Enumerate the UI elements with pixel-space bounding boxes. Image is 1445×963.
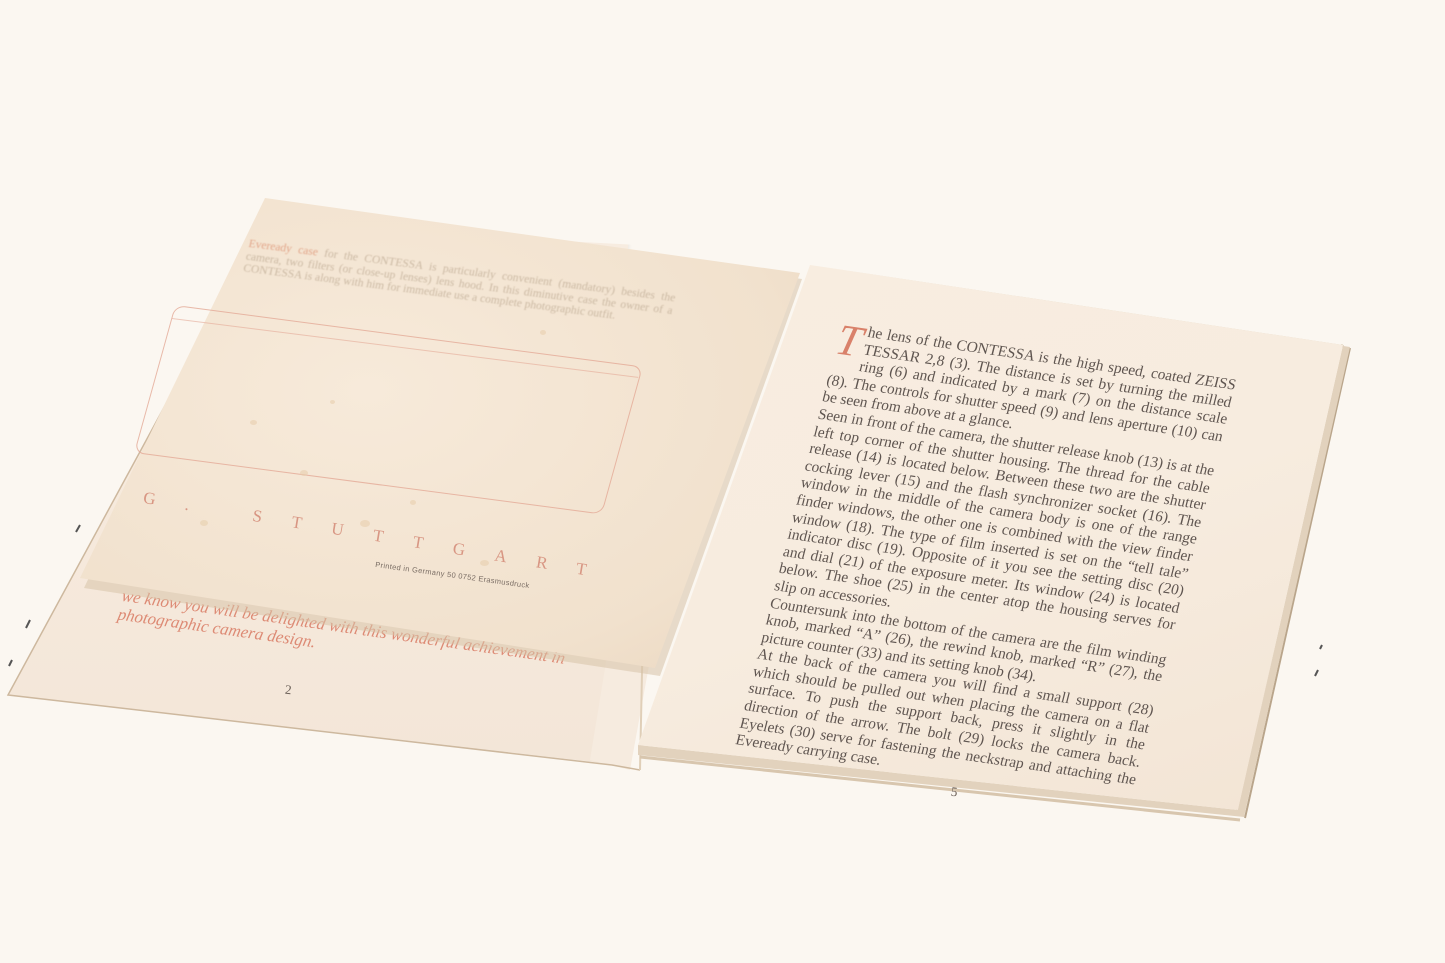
foxing-speck <box>480 560 489 566</box>
foxing-speck <box>540 330 546 335</box>
foxing-speck <box>300 470 308 476</box>
foxing-speck <box>330 400 335 404</box>
foxing-speck <box>250 420 257 425</box>
photo-scene: The lens of the CONTESSA is the high spe… <box>0 0 1445 963</box>
page-number-right: 5 <box>950 784 958 801</box>
foxing-speck <box>200 520 208 526</box>
foxing-speck <box>360 520 370 527</box>
foxing-speck <box>410 500 416 505</box>
